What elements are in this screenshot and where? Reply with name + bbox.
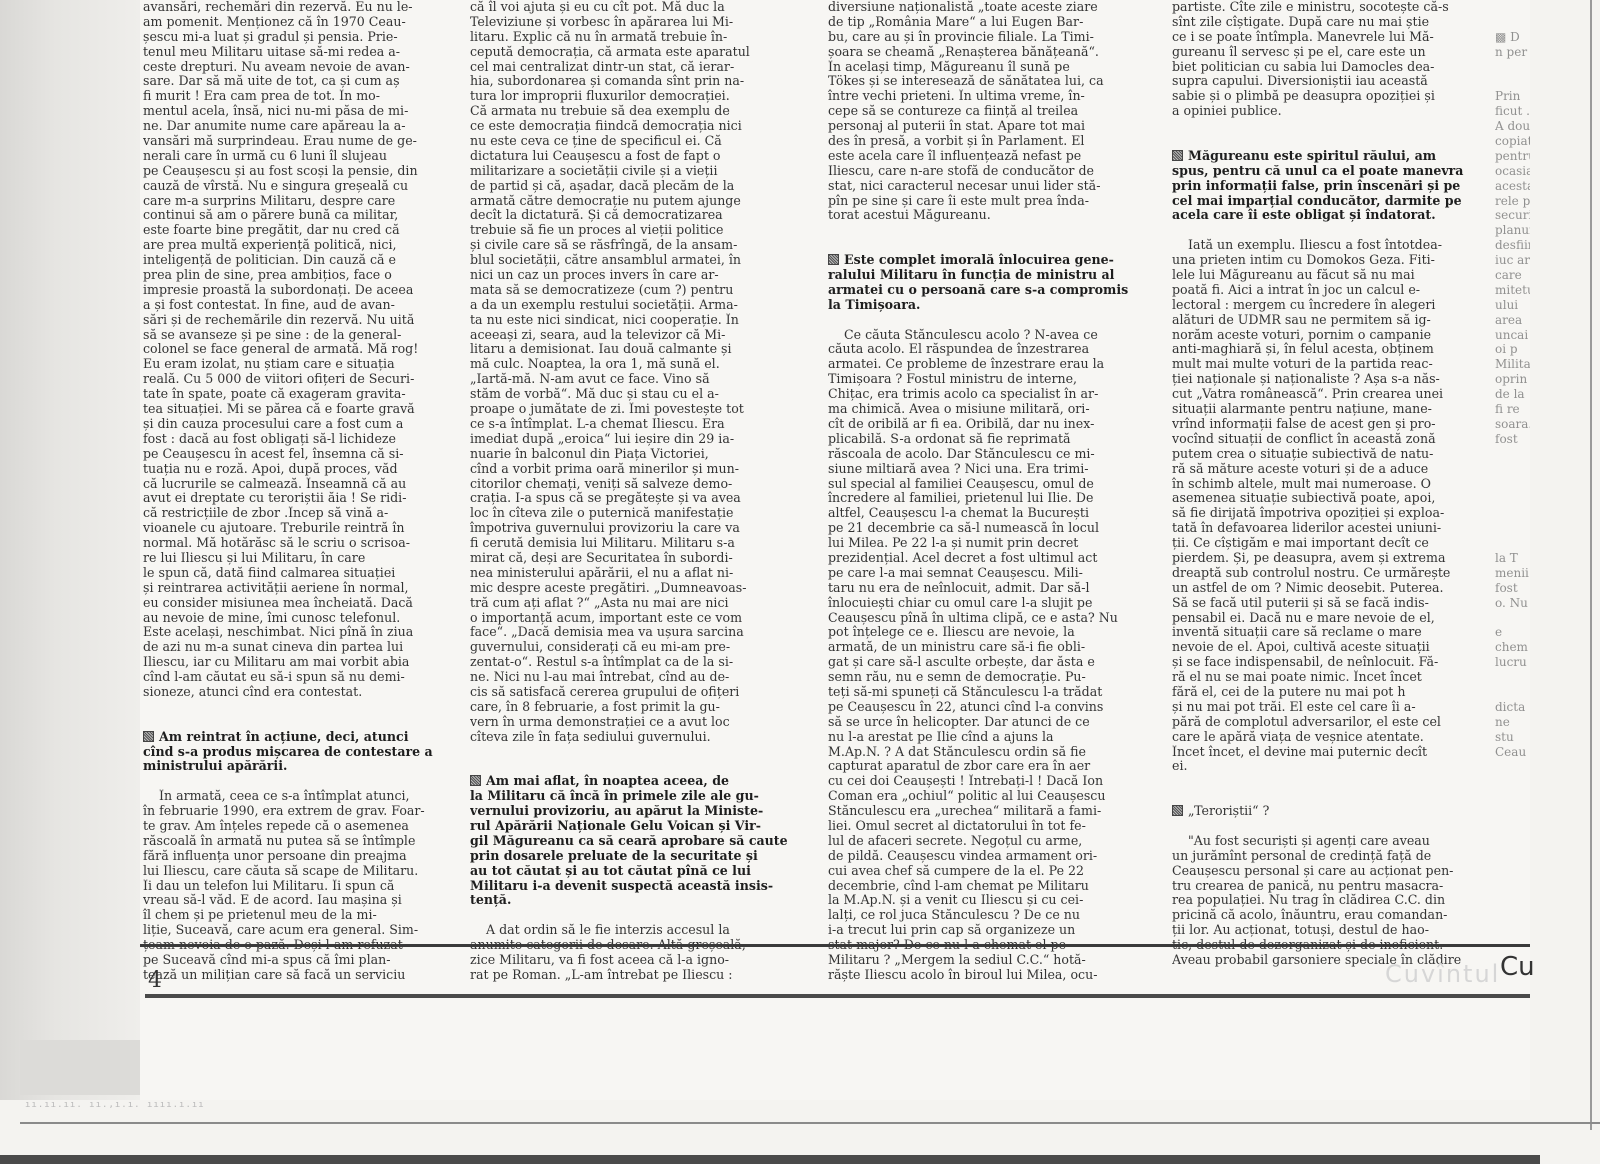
text-line-content: pensabil ei. Dacă nu e mare nevoie de el…	[1172, 611, 1435, 625]
text-line-content: pîn pe sine și care îi este mult prea în…	[828, 194, 1089, 208]
text-line: Ceau	[1495, 745, 1530, 760]
text-line-content: sul special al familiei Ceaușescu, omul …	[828, 477, 1094, 491]
text-line-content: Tökes și se interesează de sănătatea lui…	[828, 74, 1104, 88]
text-line-content: lul de afaceri secrete. Negoțul cu arme,	[828, 834, 1082, 848]
text-line-content: vreau să-l văd. E de acord. Iau mașina ș…	[143, 893, 402, 907]
text-line	[1495, 491, 1530, 506]
text-line: o. Nu	[1495, 596, 1530, 611]
text-line-content: stu	[1495, 730, 1514, 744]
text-line-content: ne	[1495, 715, 1510, 729]
text-line: cîteva zile în fața sediului guvernului.	[470, 730, 815, 745]
text-line-content: inteligență de politician. Din cauză că …	[143, 253, 396, 267]
footer-rule-top	[140, 944, 1530, 947]
text-line: ră el nu se mai poate nimic. Încet încet	[1172, 670, 1514, 685]
section-lead-line: „Teroriștii“ ?	[1172, 804, 1514, 819]
text-line-content: lucru	[1495, 655, 1527, 669]
text-line: guvernului, considerați că eu mi-am pre-	[470, 640, 815, 655]
text-line: tura lor improprii fluxurilor democrație…	[470, 89, 815, 104]
paragraph-gap	[1172, 789, 1514, 804]
text-line: are prea multă experiență politică, nici…	[143, 238, 473, 253]
text-line: ne. Dar anumite nume care apăreau la a-	[143, 119, 473, 134]
text-line: mic despre aceste pregătiri. „Dumneavoas…	[470, 581, 815, 596]
text-line	[1495, 521, 1530, 536]
text-line: vernului provizoriu, au apărut la Minist…	[470, 804, 815, 819]
text-line-content: tează un milițian care să facă un servic…	[143, 968, 405, 982]
text-line-content: bu, care au și în provincie filiale. La …	[828, 30, 1094, 44]
text-line: la M.Ap.N. și a venit cu Iliescu și cu c…	[828, 893, 1173, 908]
text-line: prea plin de sine, prea ambițios, face o	[143, 268, 473, 283]
text-line-content: „Teroriștii“ ?	[1188, 804, 1269, 818]
text-line-content: stat, nici caracterul necesar unui lider…	[828, 179, 1100, 193]
text-line: tate în spate, poate că exageram gravita…	[143, 387, 473, 402]
text-line-content: fi cerută demisia lui Militaru. Militaru…	[470, 536, 735, 550]
section-bullet-icon	[828, 254, 839, 265]
text-line-content: continui să am o părere bună ca militar,	[143, 208, 398, 222]
text-line: sabie și o plimbă pe deasupra opoziției …	[1172, 89, 1514, 104]
text-line-content: mitetu	[1495, 283, 1530, 297]
text-line: semn rău, nu e semn de democrație. Pu-	[828, 670, 1173, 685]
text-line-content: ralului Militaru în funcția de ministru …	[828, 268, 1114, 282]
text-line: te grav. Am înțeles repede că o asemenea	[143, 819, 473, 834]
text-line: pentru	[1495, 149, 1530, 164]
text-line: ficut .	[1495, 104, 1530, 119]
text-line-content: sioneze, atunci cînd era contestat.	[143, 685, 362, 699]
text-line: normal. Mă hotărăsc să le scriu o scriso…	[143, 536, 473, 551]
paragraph-gap	[143, 700, 473, 715]
text-line-content: iuc ar	[1495, 253, 1530, 267]
text-line-content: în schimb altele, mult mai numeroase. O	[1172, 477, 1431, 491]
text-line-content: nevoie de el. Apoi, cultivă aceste situa…	[1172, 640, 1430, 654]
section-bullet-icon	[143, 731, 154, 742]
text-line-content: și nu mai pot trăi. El este cel care îi …	[1172, 700, 1416, 714]
text-line-content: a opiniei publice.	[1172, 104, 1282, 118]
text-line-content: securit	[1495, 208, 1530, 222]
text-line-content: pot înțelege ce e. Iliescu are nevoie, l…	[828, 625, 1075, 639]
text-line-content: norăm aceste voturi, pornim o campanie	[1172, 328, 1431, 342]
text-line: sioneze, atunci cînd era contestat.	[143, 685, 473, 700]
text-line-content: prea plin de sine, prea ambițios, face o	[143, 268, 392, 282]
text-line: dictatura lui Ceaușescu a fost de fapt o	[470, 149, 815, 164]
text-line: nuarie în balconul din Piața Victoriei,	[470, 447, 815, 462]
text-line-content: Chițac, era trimis acolo ca specialist î…	[828, 387, 1098, 401]
text-line	[1495, 536, 1530, 551]
text-line-content: nuarie în balconul din Piața Victoriei,	[470, 447, 709, 461]
text-line: A dou	[1495, 119, 1530, 134]
text-line-content: dreaptă sub controlul nostru. Ce urmăreș…	[1172, 566, 1450, 580]
text-line-content: oi p	[1495, 342, 1518, 356]
text-line: Prin	[1495, 89, 1530, 104]
text-line: ministrului apărării.	[143, 759, 473, 774]
text-line: proape o jumătate de zi. Îmi povestește …	[470, 402, 815, 417]
text-line-content: vioanele cu ajutoare. Treburile reintră …	[143, 521, 405, 535]
text-line: re lui Iliescu și lui Militaru, în care	[143, 551, 473, 566]
text-line: am pomenit. Menționez că în 1970 Ceau-	[143, 15, 473, 30]
text-line: la T	[1495, 551, 1530, 566]
text-line: taru nu era de neînlocuit, admit. Dar să…	[828, 581, 1173, 596]
text-line-content: Că armata nu trebuie să dea exemplu de	[470, 104, 730, 118]
text-line: ralului Militaru în funcția de ministru …	[828, 268, 1173, 283]
text-line-content: ocasia	[1495, 164, 1530, 178]
text-line: face“. „Dacă demisia mea va ușura sarcin…	[470, 625, 815, 640]
text-line-content: cînd s-a produs mișcarea de contestare a	[143, 745, 433, 759]
text-line: Iată un exemplu. Iliescu a fost întotdea…	[1172, 238, 1514, 253]
text-line: fost : dacă au fost obligați să-l lichid…	[143, 432, 473, 447]
text-line: Militaru ? „Mergem la sediul C.C.“ hotă-	[828, 953, 1173, 968]
text-line-content: liei. Omul secret al dictatorului în tot…	[828, 819, 1086, 833]
text-line: blul societății, către ansamblul armatei…	[470, 253, 815, 268]
text-line-content: dicta	[1495, 700, 1525, 714]
text-line-content: anti-maghiară și, în felul acesta, obțin…	[1172, 342, 1434, 356]
text-line: Să se facă util puterii și să se facă in…	[1172, 596, 1514, 611]
text-line: Chițac, era trimis acolo ca specialist î…	[828, 387, 1173, 402]
text-line-content: răscoală în armată nu putea să se întîmp…	[143, 834, 415, 848]
text-line: ce este democrația fiindcă democrația ni…	[470, 119, 815, 134]
text-line: Este același, neschimbat. Nici pînă în z…	[143, 625, 473, 640]
text-line: ei.	[1172, 759, 1514, 774]
text-line-content: rea populației. Nu trag în clădirea C.C.…	[1172, 893, 1445, 907]
text-line-content: Ce căuta Stănculescu acolo ? N-avea ce	[844, 328, 1098, 342]
text-line: vioanele cu ajutoare. Treburile reintră …	[143, 521, 473, 536]
text-line: una prieten intim cu Domokos Geza. Fiti-	[1172, 253, 1514, 268]
text-line: să se urce în helicopter. Dar atunci de …	[828, 715, 1173, 730]
text-line: sare. Dar să mă uite de tot, ca și cum a…	[143, 74, 473, 89]
text-line: este acela care îl influențează nefast p…	[828, 149, 1173, 164]
text-line-content: Încet încet, el devine mai puternic decî…	[1172, 745, 1427, 759]
text-line-content: cînd l-am căutat eu să-i spun să nu demi…	[143, 670, 405, 684]
text-line-content: ții lor. Au acționat, totuși, destul de …	[1172, 923, 1429, 937]
text-line-content: pe Ceaușescu în acest fel, însemna că si…	[143, 447, 404, 461]
text-line-content: prin dosarele preluate de la securitate …	[470, 849, 758, 863]
text-line: ce s-a întîmplat. L-a chemat Iliescu. Er…	[470, 417, 815, 432]
text-line-content: Ceau	[1495, 745, 1526, 759]
text-line: cis să satisfacă cererea grupului de ofi…	[470, 685, 815, 700]
text-line: dreaptă sub controlul nostru. Ce urmăreș…	[1172, 566, 1514, 581]
text-line-content: pe Suceavă cînd mi-a spus că îmi plan-	[143, 953, 391, 967]
text-line: avut ei dreptate cu teroriștii ăia ! Se …	[143, 491, 473, 506]
text-line: armată către democrație nu putem ajunge	[470, 194, 815, 209]
text-line: lalți, ce rol juca Stănculescu ? De ce n…	[828, 908, 1173, 923]
text-line-content: capturat aparatul de zbor care era în ae…	[828, 759, 1090, 773]
text-line: vocînd situații de conflict în această z…	[1172, 432, 1514, 447]
section-lead-line: Am mai aflat, în noaptea aceea, de	[470, 774, 815, 789]
text-line-content: care m-a surprins Militaru, despre care	[143, 194, 395, 208]
text-line: care le apără viața de veșnice atentate.	[1172, 730, 1514, 745]
text-line: Tökes și se interesează de sănătatea lui…	[828, 74, 1173, 89]
text-line: În același timp, Măgureanu îl sună pe	[828, 60, 1173, 75]
text-line-content: răște Iliescu acolo în biroul lui Milea,…	[828, 968, 1097, 982]
text-line-content: dictatura lui Ceaușescu a fost de fapt o	[470, 149, 721, 163]
text-line: de la	[1495, 387, 1530, 402]
text-line-content: pe care l-a mai semnat Ceaușescu. Mili-	[828, 566, 1083, 580]
text-line: des în presă, a vorbit și în Parlament. …	[828, 134, 1173, 149]
text-line-content: fără el, cei de la putere nu mai pot h	[1172, 685, 1405, 699]
text-line: ției naționale și naționaliste ? Așa s-a…	[1172, 372, 1514, 387]
text-line: iuc ar	[1495, 253, 1530, 268]
text-line-content: împotriva guvernului provizoriu la care …	[470, 521, 740, 535]
text-line: înlocuiești chiar cu omul care l-a sluji…	[828, 596, 1173, 611]
text-line-content: să fie dirijată împotriva opoziției și e…	[1172, 506, 1444, 520]
text-line: ce i se poate întîmpla. Manevrele lui Mă…	[1172, 30, 1514, 45]
text-line-content: cauză de vîrstă. Nu e singura greșeală c…	[143, 179, 408, 193]
text-line-content: ▩ D	[1495, 30, 1520, 44]
text-line-content: ceste drepturi. Nu aveam nevoie de avan-	[143, 60, 410, 74]
text-line-content: În armată, ceea ce s-a întîmplat atunci,	[159, 789, 410, 803]
text-line-content: o importanță acum, important este ce vom	[470, 611, 742, 625]
text-line: să fie dirijată împotriva opoziției și e…	[1172, 506, 1514, 521]
text-line-content: plicabilă. S-a ordonat să fie reprimată	[828, 432, 1071, 446]
text-line-content: militarizare a societății civile și a vi…	[470, 164, 717, 178]
text-line: să se avanseze și pe sine : de la genera…	[143, 328, 473, 343]
text-line-content: nea ministerului apărării, el nu a aflat…	[470, 566, 733, 580]
text-line-content: personaj al puterii în stat. Apare tot m…	[828, 119, 1085, 133]
text-line: fi re	[1495, 402, 1530, 417]
text-line-content: n per	[1495, 45, 1527, 59]
text-line-content: un astfel de om ? Nimic deosebit. Putere…	[1172, 581, 1444, 595]
newspaper-page: avansări, rechemări din rezervă. Eu nu l…	[140, 0, 1530, 1100]
paragraph-gap	[143, 715, 473, 730]
text-line-content: ce i se poate întîmpla. Manevrele lui Mă…	[1172, 30, 1434, 44]
text-line-content: trebuie să fie un proces al vieții polit…	[470, 223, 723, 237]
text-line-content: ficut .	[1495, 104, 1530, 118]
text-line-content: tate în spate, poate că exageram gravita…	[143, 387, 406, 401]
text-line-content: Este același, neschimbat. Nici pînă în z…	[143, 625, 413, 639]
text-line-content: litaru a demisionat. Iau două calmante ș…	[470, 342, 732, 356]
text-line: fi cerută demisia lui Militaru. Militaru…	[470, 536, 815, 551]
text-line: stat, nici caracterul necesar unui lider…	[828, 179, 1173, 194]
text-line: nevoie de el. Apoi, cultivă aceste situa…	[1172, 640, 1514, 655]
text-line: au tot căutat și au tot căutat pînă ce l…	[470, 864, 815, 879]
text-line-content: fost	[1495, 432, 1518, 446]
text-line-content: partiste. Cîte zile e ministru, socoteșt…	[1172, 0, 1449, 14]
text-line: tenul meu Militaru uitase să-mi redea a-	[143, 45, 473, 60]
text-line-content: colonel se face general de armată. Mă ro…	[143, 342, 418, 356]
text-line-content: lui Iliescu, care căuta să scape de Mili…	[143, 864, 418, 878]
text-line-content: răscoala de acolo. Dar Stănculescu ce mi…	[828, 447, 1095, 461]
text-line-content: Milita	[1495, 357, 1530, 371]
text-line: alături de UDMR sau ne permitem să ig-	[1172, 313, 1514, 328]
section-lead-line: Am reintrat în acțiune, deci, atunci	[143, 730, 473, 745]
text-line-content: nu l-a arestat pe Ilie cînd a ajuns la	[828, 730, 1054, 744]
text-line: pe Ceaușescu în 22, atunci cînd l-a conv…	[828, 700, 1173, 715]
text-line-content: gureanu îl servesc și pe el, care este u…	[1172, 45, 1426, 59]
text-line: acesta	[1495, 179, 1530, 194]
text-line: acela care îi este obligat și îndatorat.	[1172, 208, 1514, 223]
text-line: biet politician cu sabia lui Damocles de…	[1172, 60, 1514, 75]
text-line: vrînd informații false de acest gen și p…	[1172, 417, 1514, 432]
text-line: decembrie, cînd l-am chemat pe Militaru	[828, 879, 1173, 894]
text-line-content: pe Ceaușescu și au fost scoși la pensie,…	[143, 164, 418, 178]
text-line: soara.	[1495, 417, 1530, 432]
text-line-content: i-a trecut lui prin cap să organizeze un	[828, 923, 1075, 937]
text-line-content: liție, Suceavă, care acum era general. S…	[143, 923, 418, 937]
text-line: mata să se democratizeze (cum ?) pentru	[470, 283, 815, 298]
section-lead-line: Măgureanu este spiritul răului, am	[1172, 149, 1514, 164]
text-line: norăm aceste voturi, pornim o campanie	[1172, 328, 1514, 343]
article-column-3: diversiune naționalistă „toate aceste zi…	[828, 0, 1173, 983]
text-line: și civile care să se răsfrîngă, de la an…	[470, 238, 815, 253]
text-line-content: armată, de un ministru care să-i fie obl…	[828, 640, 1085, 654]
text-line: Ceaușescu pînă în ultima clipă, ce e ast…	[828, 611, 1173, 626]
text-line-content: prin informații false, prin înscenări și…	[1172, 179, 1460, 193]
text-line: gat și care să-l asculte orbește, dar ăs…	[828, 655, 1173, 670]
text-line-content: de la	[1495, 387, 1525, 401]
text-line: ne	[1495, 715, 1530, 730]
page-number: 4	[148, 968, 162, 993]
text-line: "Au fost securiști și agenți care aveau	[1172, 834, 1514, 849]
text-line-content: este acela care îl influențează nefast p…	[828, 149, 1081, 163]
text-line-content: gat și care să-l asculte orbește, dar ăs…	[828, 655, 1095, 669]
text-line-content: siune miltiară avea ? Nici una. Era trim…	[828, 462, 1089, 476]
text-line: tră cum ați aflat ?“ „Asta nu mai are ni…	[470, 596, 815, 611]
text-line-content: ma chimică. Avea o misiune militară, ori…	[828, 402, 1090, 416]
text-line-content: eu consider misiunea mea încheiată. Dacă	[143, 596, 413, 610]
text-line-content: În același timp, Măgureanu îl sună pe	[828, 60, 1070, 74]
text-line-content: armată către democrație nu putem ajunge	[470, 194, 741, 208]
text-line: pe 21 decembrie ca să-l numească în locu…	[828, 521, 1173, 536]
text-line-content: citorilor chemați, veniți să salveze dem…	[470, 477, 732, 491]
text-line-content: vernului provizoriu, au apărut la Minist…	[470, 804, 763, 818]
text-line-content: cel mai imparțial conducător, darmite pe	[1172, 194, 1462, 208]
text-line: cît de oribilă ar fi ea. Oribilă, dar nu…	[828, 417, 1173, 432]
text-line-content: tenul meu Militaru uitase să-mi redea a-	[143, 45, 400, 59]
text-line-content: cui avea chef să cumpere de la el. Pe 22	[828, 864, 1084, 878]
text-line-content: „Iartă-mă. N-am avut ce face. Vino să	[470, 372, 710, 386]
text-line-content: înlocuiești chiar cu omul care l-a sluji…	[828, 596, 1092, 610]
text-line-content: lele lui Măgureanu au făcut să nu mai	[1172, 268, 1415, 282]
text-line-content: sînt zile cîștigate. După care nu mai șt…	[1172, 15, 1429, 29]
text-line: pe Ceaușescu și au fost scoși la pensie,…	[143, 164, 473, 179]
text-line: Timișoara ? Fostul ministru de interne,	[828, 372, 1173, 387]
text-line: supra capului. Diversioniștii iau aceast…	[1172, 74, 1514, 89]
text-line-content: imediat după „eroica“ lui ieșire din 29 …	[470, 432, 734, 446]
text-line-content: putem crea o situație subiectivă de natu…	[1172, 447, 1433, 461]
text-line: șescu mi-a luat și gradul și pensia. Pri…	[143, 30, 473, 45]
text-line: citorilor chemați, veniți să salveze dem…	[470, 477, 815, 492]
text-line: de azi nu m-a sunat cineva din partea lu…	[143, 640, 473, 655]
text-line: inventă situații care să reclame o mare	[1172, 625, 1514, 640]
text-line-content: diversiune naționalistă „toate aceste zi…	[828, 0, 1098, 14]
text-line: prin dosarele preluate de la securitate …	[470, 849, 815, 864]
text-line: pîn pe sine și care îi este mult prea în…	[828, 194, 1173, 209]
text-line: nerali care în urmă cu 6 luni îl slujeau	[143, 149, 473, 164]
text-line: putem crea o situație subiectivă de natu…	[1172, 447, 1514, 462]
text-line: le spun că, dată fiind calmarea situație…	[143, 566, 473, 581]
text-line: menii	[1495, 566, 1530, 581]
text-line: mitetu	[1495, 283, 1530, 298]
paragraph-gap	[1172, 223, 1514, 238]
text-line: continui să am o părere bună ca militar,	[143, 208, 473, 223]
text-line-content: cis să satisfacă cererea grupului de ofi…	[470, 685, 739, 699]
text-line-content: îl chem și pe prietenul meu de la mi-	[143, 908, 377, 922]
text-line	[1495, 60, 1530, 75]
text-line: oprin	[1495, 372, 1530, 387]
text-line: fost	[1495, 432, 1530, 447]
text-line: de pildă. Ceaușescu vindea armament ori-	[828, 849, 1173, 864]
text-line-content: armatei. Ce probleme de înzestrare erau …	[828, 357, 1104, 371]
text-line: răscoală în armată nu putea să se întîmp…	[143, 834, 473, 849]
text-line: ▩ D	[1495, 30, 1530, 45]
text-line-content: Coman era „ochiul“ politic al lui Ceaușe…	[828, 789, 1105, 803]
text-line: nici un caz un proces invers în care ar-	[470, 268, 815, 283]
text-line: cînd l-am căutat eu să-i spun să nu demi…	[143, 670, 473, 685]
text-line-content: stăm de vorbă“. Mă duc și stau cu el a-	[470, 387, 719, 401]
text-line: a și fost contestat. În fine, aud de ava…	[143, 298, 473, 313]
text-line-content: armatei cu o persoană care s-a compromis	[828, 283, 1128, 297]
text-line: rea populației. Nu trag în clădirea C.C.…	[1172, 893, 1514, 908]
text-line: ta nu este nici sindicat, nici cooperați…	[470, 313, 815, 328]
text-line: Milita	[1495, 357, 1530, 372]
text-line	[1495, 477, 1530, 492]
text-line: tea situației. Mi se părea că e foarte g…	[143, 402, 473, 417]
text-line: lui Iliescu, care căuta să scape de Mili…	[143, 864, 473, 879]
text-line-content: cut „Vatra românească“. Prin crearea une…	[1172, 387, 1443, 401]
text-line: cel mai imparțial conducător, darmite pe	[1172, 194, 1514, 209]
text-line	[1495, 611, 1530, 626]
text-line: sări și de rechemările din rezervă. Nu u…	[143, 313, 473, 328]
text-line-content: nerali care în urmă cu 6 luni îl slujeau	[143, 149, 387, 163]
text-line: nu este ceva ce ține de specificul ei. C…	[470, 134, 815, 149]
text-line: vern în urma demonstrației ce a avut loc	[470, 715, 815, 730]
section-lead-line: Este complet imorală înlocuirea gene-	[828, 253, 1173, 268]
text-line: reală. Cu 5 000 de viitori ofițeri de Se…	[143, 372, 473, 387]
text-line: că restricțiile de zbor .Încep să vină a…	[143, 506, 473, 521]
text-line-content: rat pe Roman. „L-am întrebat pe Iliescu …	[470, 968, 733, 982]
text-line: sînt zile cîștigate. După care nu mai șt…	[1172, 15, 1514, 30]
text-line-content: nu este ceva ce ține de specificul ei. C…	[470, 134, 722, 148]
text-line: Eu eram izolat, nu știam care e situația	[143, 357, 473, 372]
text-line: personaj al puterii în stat. Apare tot m…	[828, 119, 1173, 134]
text-line: ne. Nici nu l-au mai întrebat, cînd au d…	[470, 670, 815, 685]
text-line: altfel, Ceaușescu l-a chemat la Bucureșt…	[828, 506, 1173, 521]
text-line: asemenea situație subiectivă poate, apoi…	[1172, 491, 1514, 506]
text-line: ului	[1495, 298, 1530, 313]
text-line-content: sabie și o plimbă pe deasupra opoziției …	[1172, 89, 1435, 103]
text-line-content: normal. Mă hotărăsc să le scriu o scriso…	[143, 536, 410, 550]
text-line: lui Milea. Pe 22 l-a și numit prin decre…	[828, 536, 1173, 551]
text-line-content: ta nu este nici sindicat, nici cooperați…	[470, 313, 739, 327]
text-line-content: pricină că acolo, înăuntru, erau comanda…	[1172, 908, 1447, 922]
text-line: este foarte bine pregătit, dar nu cred c…	[143, 223, 473, 238]
text-line-content: tență.	[470, 893, 511, 907]
text-line: aceeași zi, seara, aud la televizor că M…	[470, 328, 815, 343]
text-line: loc în cîteva zile o puternică manifesta…	[470, 506, 815, 521]
text-line: răște Iliescu acolo în biroul lui Milea,…	[828, 968, 1173, 983]
text-line: rat pe Roman. „L-am întrebat pe Iliescu …	[470, 968, 815, 983]
text-line-content: vocînd situații de conflict în această z…	[1172, 432, 1436, 446]
text-line-content: Iată un exemplu. Iliescu a fost întotdea…	[1188, 238, 1442, 252]
text-line	[1495, 670, 1530, 685]
text-line: sul special al familiei Ceaușescu, omul …	[828, 477, 1173, 492]
text-line-content: pentru	[1495, 149, 1530, 163]
text-line: au nevoie de mine, îmi cunosc telefonul.	[143, 611, 473, 626]
text-line-content: Militaru ? „Mergem la sediul C.C.“ hotă-	[828, 953, 1086, 967]
scan-bottom-line	[20, 1122, 1600, 1124]
text-line-content: "Au fost securiști și agenți care aveau	[1188, 834, 1430, 848]
article-column-4: partiste. Cîte zile e ministru, socoteșt…	[1172, 0, 1514, 968]
text-line: pe Ceaușescu în acest fel, însemna că si…	[143, 447, 473, 462]
text-line: fost	[1495, 581, 1530, 596]
text-line-content: hia, subordonarea și comanda sînt prin n…	[470, 74, 744, 88]
text-line: cînd a vorbit prima oară minerilor și mu…	[470, 462, 815, 477]
text-line	[1495, 74, 1530, 89]
text-line-content: avut ei dreptate cu teroriștii ăia ! Se …	[143, 491, 406, 505]
text-line-content: pierdem. Și, pe deasupra, avem și extrem…	[1172, 551, 1445, 565]
text-line: teți să-mi spuneți că Stănculescu l-a tr…	[828, 685, 1173, 700]
text-line: de partid și că, așadar, dacă plecăm de …	[470, 179, 815, 194]
text-line-content: la Militaru că încă în primele zile ale …	[470, 789, 759, 803]
text-line-content: ministrului apărării.	[143, 759, 287, 773]
text-line: Ceaușescu personal și care au acționat p…	[1172, 864, 1514, 879]
